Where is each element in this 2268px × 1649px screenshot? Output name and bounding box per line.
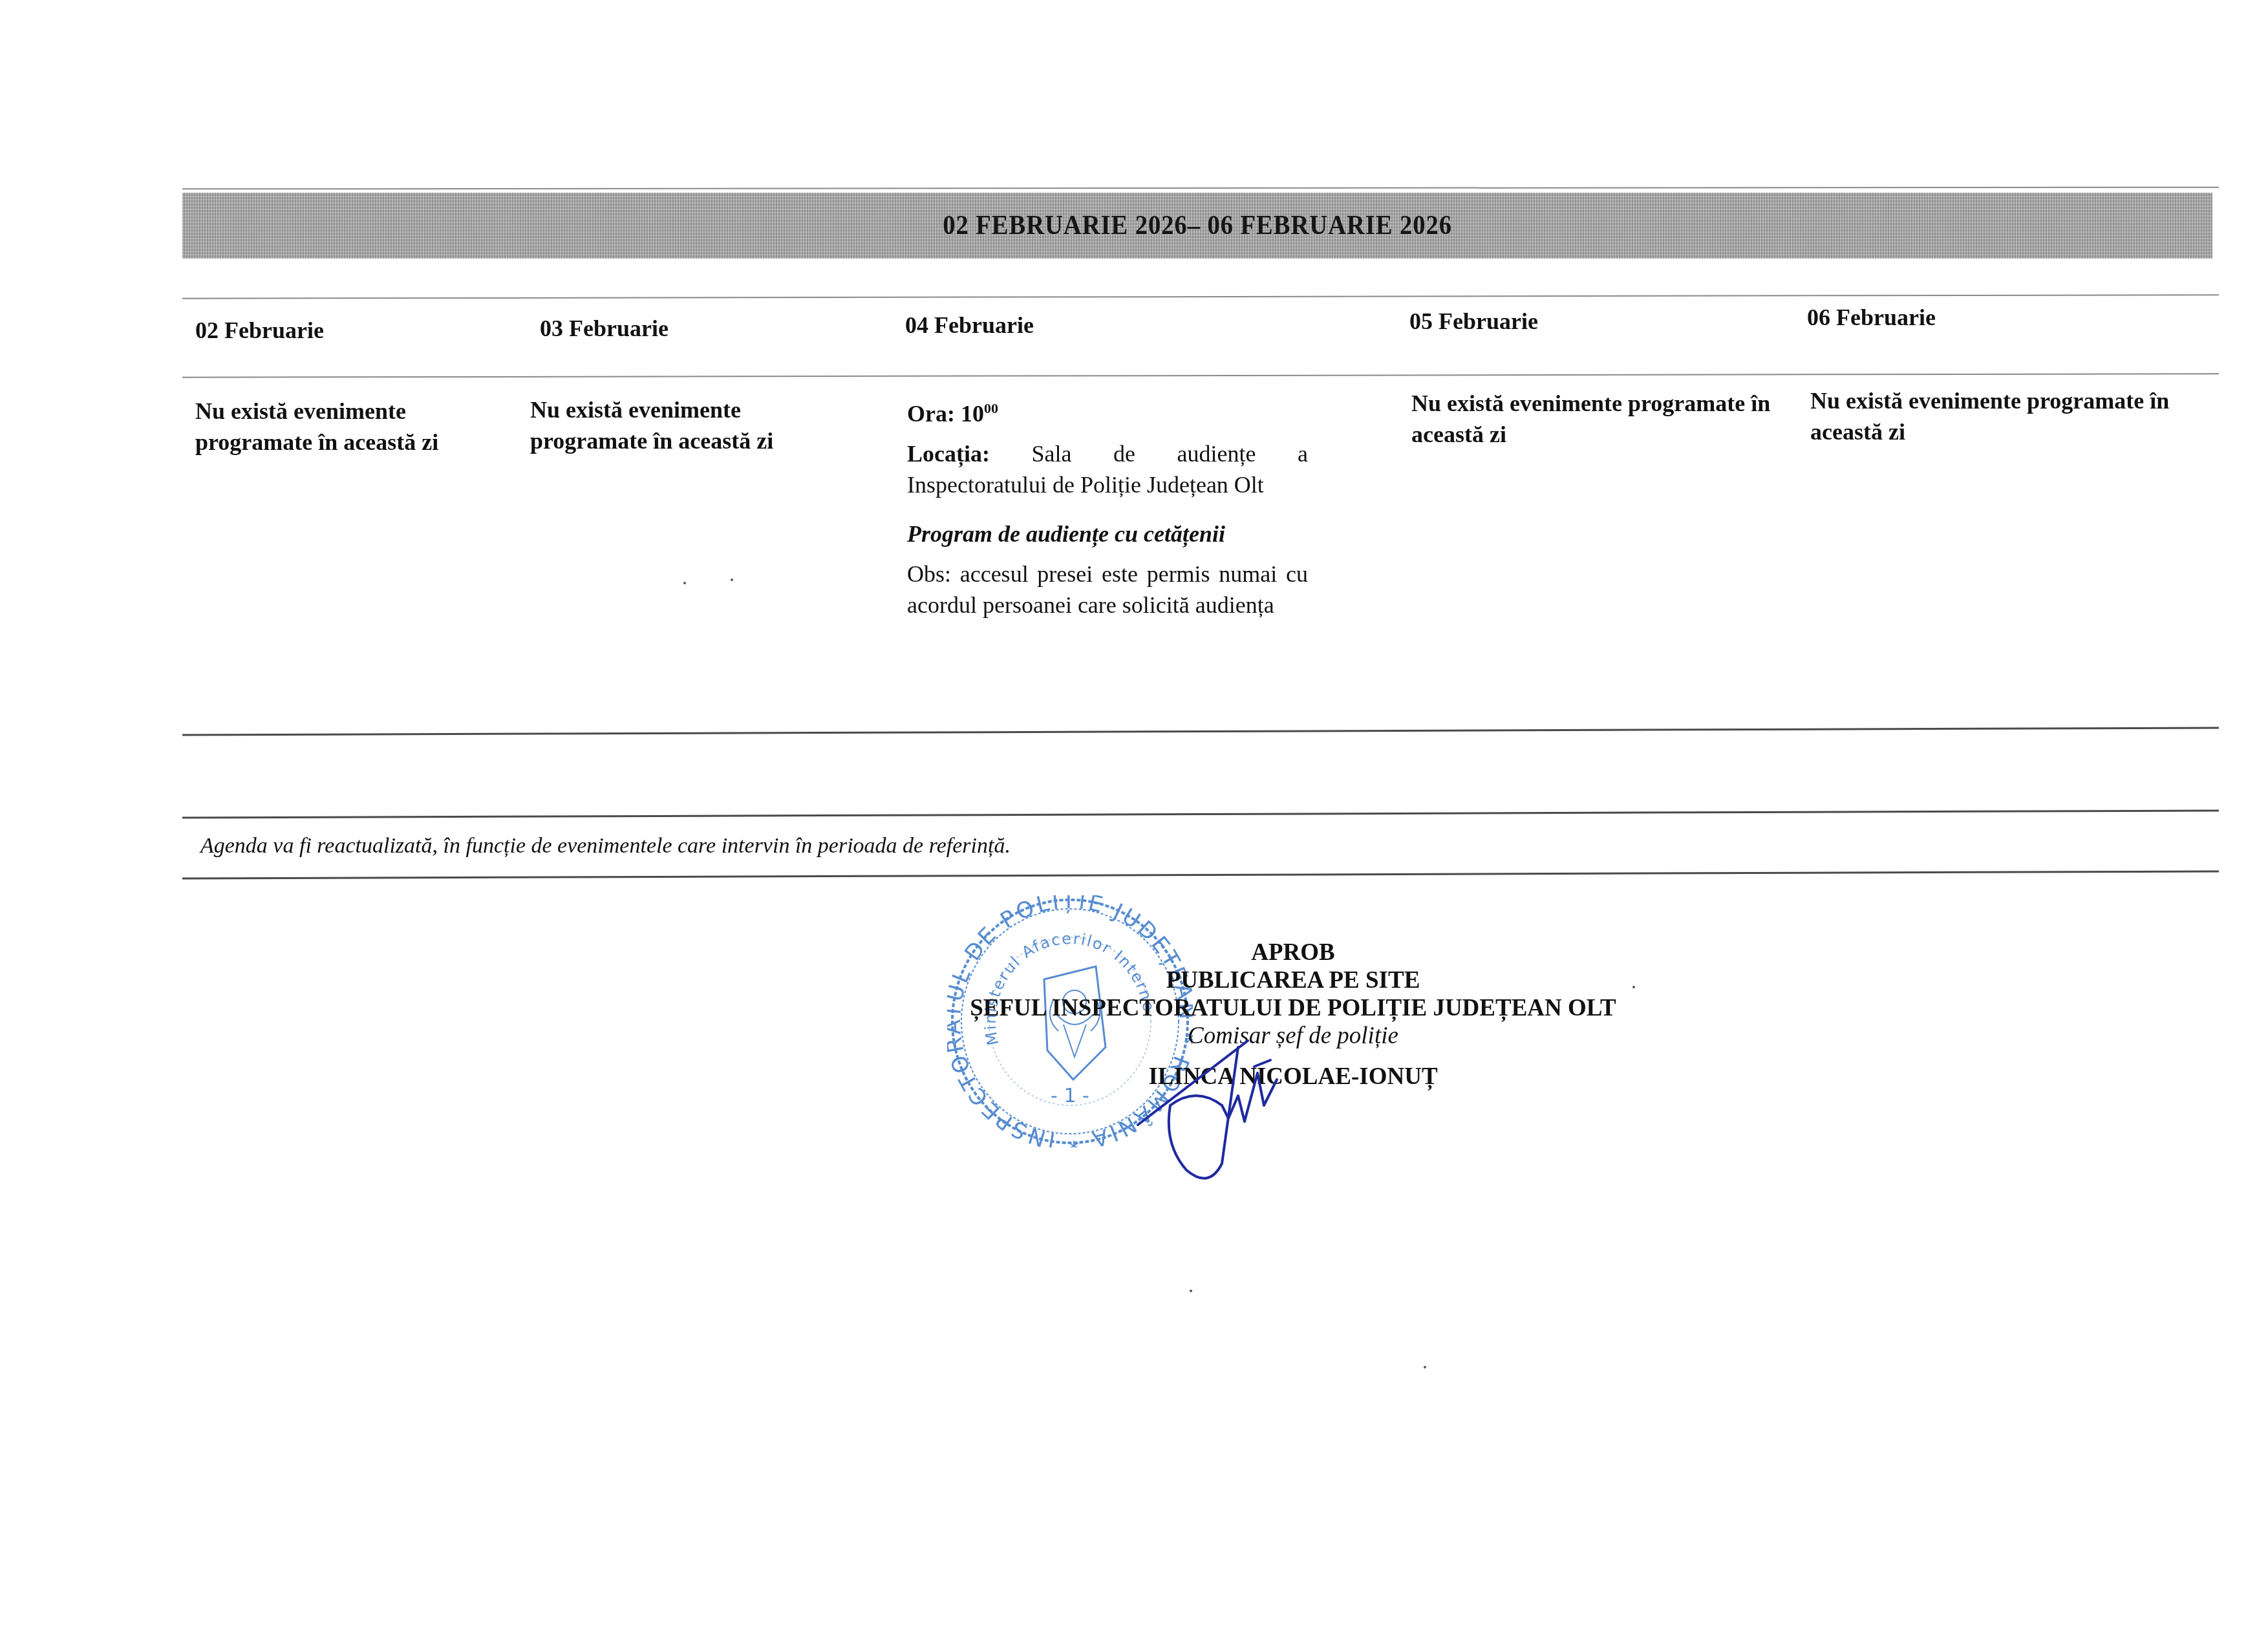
top-rule <box>182 187 2219 190</box>
approval-line-aprob: APROB <box>840 939 1746 966</box>
header-top-rule <box>182 294 2219 299</box>
scan-speck <box>683 582 686 584</box>
period-title: 02 FEBRUARIE 2026– 06 FEBRUARIE 2026 <box>943 210 1452 241</box>
event-time: Ora: 1000 <box>907 393 1308 429</box>
day-content-03: Nu există evenimente programate în aceas… <box>530 394 815 456</box>
event-title: Program de audiențe cu cetățenii <box>907 518 1308 549</box>
period-banner: 02 FEBRUARIE 2026– 06 FEBRUARIE 2026 <box>182 193 2212 259</box>
day-header-05: 05 Februarie <box>1409 308 1538 335</box>
day-header-06: 06 Februarie <box>1807 304 1936 331</box>
footer-note: Agenda va fi reactualizată, în funcție d… <box>200 834 1011 858</box>
event-note: Obs: accesul presei este permis numai cu… <box>907 559 1308 621</box>
note-top-rule <box>182 810 2219 819</box>
signature-icon <box>1125 1034 1300 1183</box>
approval-line-chief: ȘEFUL INSPECTORATULUI DE POLIȚIE JUDEȚEA… <box>840 994 1746 1022</box>
scan-speck <box>1424 1366 1426 1368</box>
day-header-04: 04 Februarie <box>905 312 1034 339</box>
table-bottom-rule <box>182 727 2219 736</box>
scan-speck <box>731 579 733 581</box>
header-bottom-rule <box>182 373 2219 378</box>
scan-speck <box>1190 1290 1192 1292</box>
day-header-02: 02 Februarie <box>195 317 324 344</box>
day-content-05: Nu există evenimente programate în aceas… <box>1411 388 1793 450</box>
event-location: Locația: Sala de audiențe a Inspectoratu… <box>907 438 1308 500</box>
approval-line-publish: PUBLICAREA PE SITE <box>840 966 1746 994</box>
day-content-02: Nu există evenimente programate în aceas… <box>195 396 480 458</box>
day-content-06: Nu există evenimente programate în aceas… <box>1810 385 2211 447</box>
event-04: Ora: 1000 Locația: Sala de audiențe a In… <box>907 393 1308 621</box>
day-header-03: 03 Februarie <box>540 315 669 342</box>
note-bottom-rule <box>182 871 2219 880</box>
